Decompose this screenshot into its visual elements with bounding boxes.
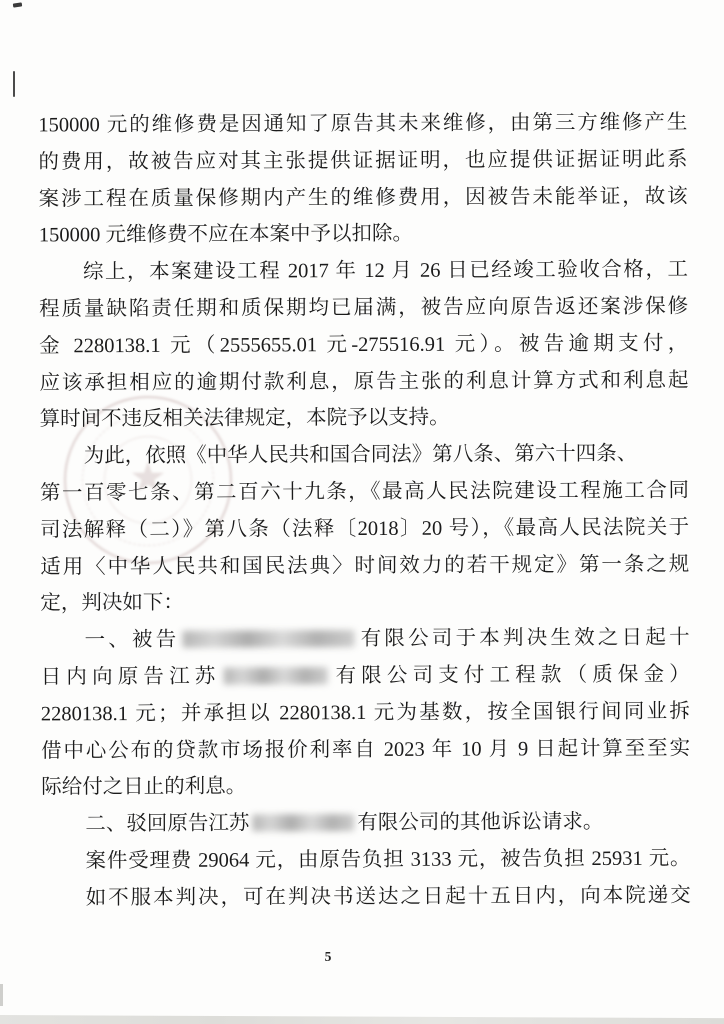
text-line: 150000 元维修费不应在本案中予以扣除。 [39, 215, 688, 255]
scan-edge-bottom [0, 1015, 724, 1024]
line-text: 有限公司的其他诉讼请求。 [357, 811, 603, 834]
page-number: 5 [318, 949, 338, 965]
text-line: 案涉工程在质量保修期内产生的维修费用，因被告未能举证，故该 [39, 178, 688, 218]
line-text: 有限公司支付工程款（质保金） [330, 664, 689, 688]
text-line: 第一百零七条、第二百六十九条，《最高人民法院建设工程施工合同 [40, 473, 689, 513]
text-line: 综上，本案建设工程 2017 年 12 月 26 日已经竣工验收合格，工 [39, 252, 688, 292]
line-text: 有限公司于本判决生效之日起十 [357, 627, 689, 650]
scan-artifact-corner [0, 984, 3, 1006]
text-line: 日内向原告江苏有限公司支付工程款（质保金） [41, 657, 690, 697]
line-text: 一、被告 [85, 629, 180, 651]
text-line: 一、被告有限公司于本判决生效之日起十 [40, 620, 689, 660]
text-line: 定，判决如下： [40, 583, 689, 623]
text-line: 司法解释（二）》第八条（法释〔2018〕20 号），《最高人民法院关于 [40, 509, 689, 549]
scan-artifact-line [13, 71, 15, 97]
judgment-text-body: 150000 元的维修费是因通知了原告其未来维修，由第三方维修产生 的费用，故被… [38, 105, 691, 917]
redaction-blur [182, 630, 354, 648]
line-text: 二、驳回原告江苏 [85, 813, 249, 836]
text-line: 的费用，故被告应对其主张提供证据证明，也应提供证据证明此系 [38, 141, 687, 181]
text-line: 应该承担相应的逾期付款利息，原告主张的利息计算方式和利息起 [39, 362, 688, 402]
text-line: 借中心公布的贷款市场报价利率自 2023 年 10 月 9 日起计算至至实 [41, 730, 690, 770]
text-line: 如不服本判决，可在判决书送达之日起十五日内，向本院递交 [42, 877, 691, 917]
scan-artifact-tick [13, 2, 22, 7]
redaction-blur [223, 667, 327, 684]
text-line: 案件受理费 29064 元，由原告负担 3133 元，被告负担 25931 元。 [41, 841, 690, 881]
redaction-blur [252, 814, 354, 831]
line-text: 日内向原告江苏 [41, 666, 221, 689]
text-line: 算时间不违反相关法律规定，本院予以支持。 [40, 399, 689, 439]
text-line: 二、驳回原告江苏有限公司的其他诉讼请求。 [41, 804, 690, 844]
text-line: 2280138.1 元；并承担以 2280138.1 元为基数，按全国银行间同业… [41, 693, 690, 733]
text-line: 为此，依照《中华人民共和国合同法》第八条、第六十四条、 [40, 436, 689, 476]
text-line: 际给付之日止的利息。 [41, 767, 690, 807]
text-line: 程质量缺陷责任期和质保期均已届满，被告应向原告返还案涉保修 [39, 289, 688, 329]
text-line: 150000 元的维修费是因通知了原告其未来维修，由第三方维修产生 [38, 105, 687, 145]
text-line: 适用〈中华人民共和国民法典〉时间效力的若干规定》第一条之规 [40, 546, 689, 586]
scanned-judgment-page: ★ 150000 元的维修费是因通知了原告其未来维修，由第三方维修产生 的费用，… [0, 0, 724, 1024]
text-line: 金 2280138.1 元（2555655.01 元-275516.91 元）。… [39, 325, 688, 365]
